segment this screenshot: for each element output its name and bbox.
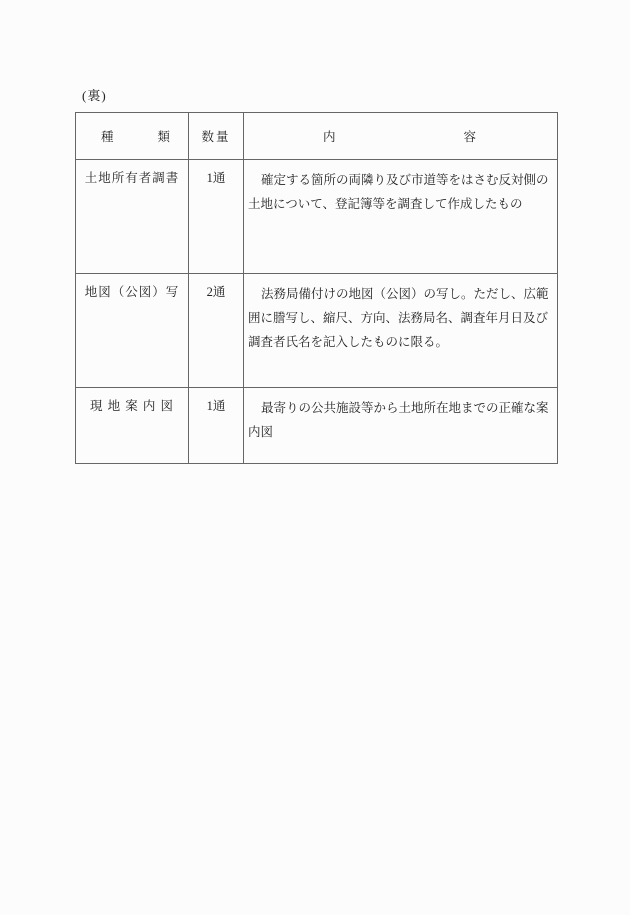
content-cell: 確定する箇所の両隣り及び市道等をはさむ反対側の土地について、登記簿等を調査して作… (244, 160, 558, 274)
kind-cell: 土地所有者調書 (76, 160, 189, 274)
header-quantity: 数量 (189, 113, 244, 160)
document-page: (裏) 種類 数量 内容 土地所有者調書 1通 確定する箇所の両隣り及び市道等を… (0, 0, 630, 915)
table-header-row: 種類 数量 内容 (76, 113, 558, 160)
required-documents-table: 種類 数量 内容 土地所有者調書 1通 確定する箇所の両隣り及び市道等をはさむ反… (75, 112, 558, 464)
quantity-cell: 1通 (189, 388, 244, 464)
quantity-cell: 1通 (189, 160, 244, 274)
content-cell: 最寄りの公共施設等から土地所在地までの正確な案内図 (244, 388, 558, 464)
header-content: 内容 (244, 113, 558, 160)
back-side-label: (裏) (82, 85, 107, 104)
kind-cell: 現 地 案 内 図 (76, 388, 189, 464)
quantity-cell: 2通 (189, 274, 244, 388)
table-row: 現 地 案 内 図 1通 最寄りの公共施設等から土地所在地までの正確な案内図 (76, 388, 558, 464)
header-kind: 種類 (76, 113, 189, 160)
table-row: 地図（公図）写 2通 法務局備付けの地図（公図）の写し。ただし、広範囲に謄写し、… (76, 274, 558, 388)
kind-cell: 地図（公図）写 (76, 274, 189, 388)
content-cell: 法務局備付けの地図（公図）の写し。ただし、広範囲に謄写し、縮尺、方向、法務局名、… (244, 274, 558, 388)
table-row: 土地所有者調書 1通 確定する箇所の両隣り及び市道等をはさむ反対側の土地について… (76, 160, 558, 274)
